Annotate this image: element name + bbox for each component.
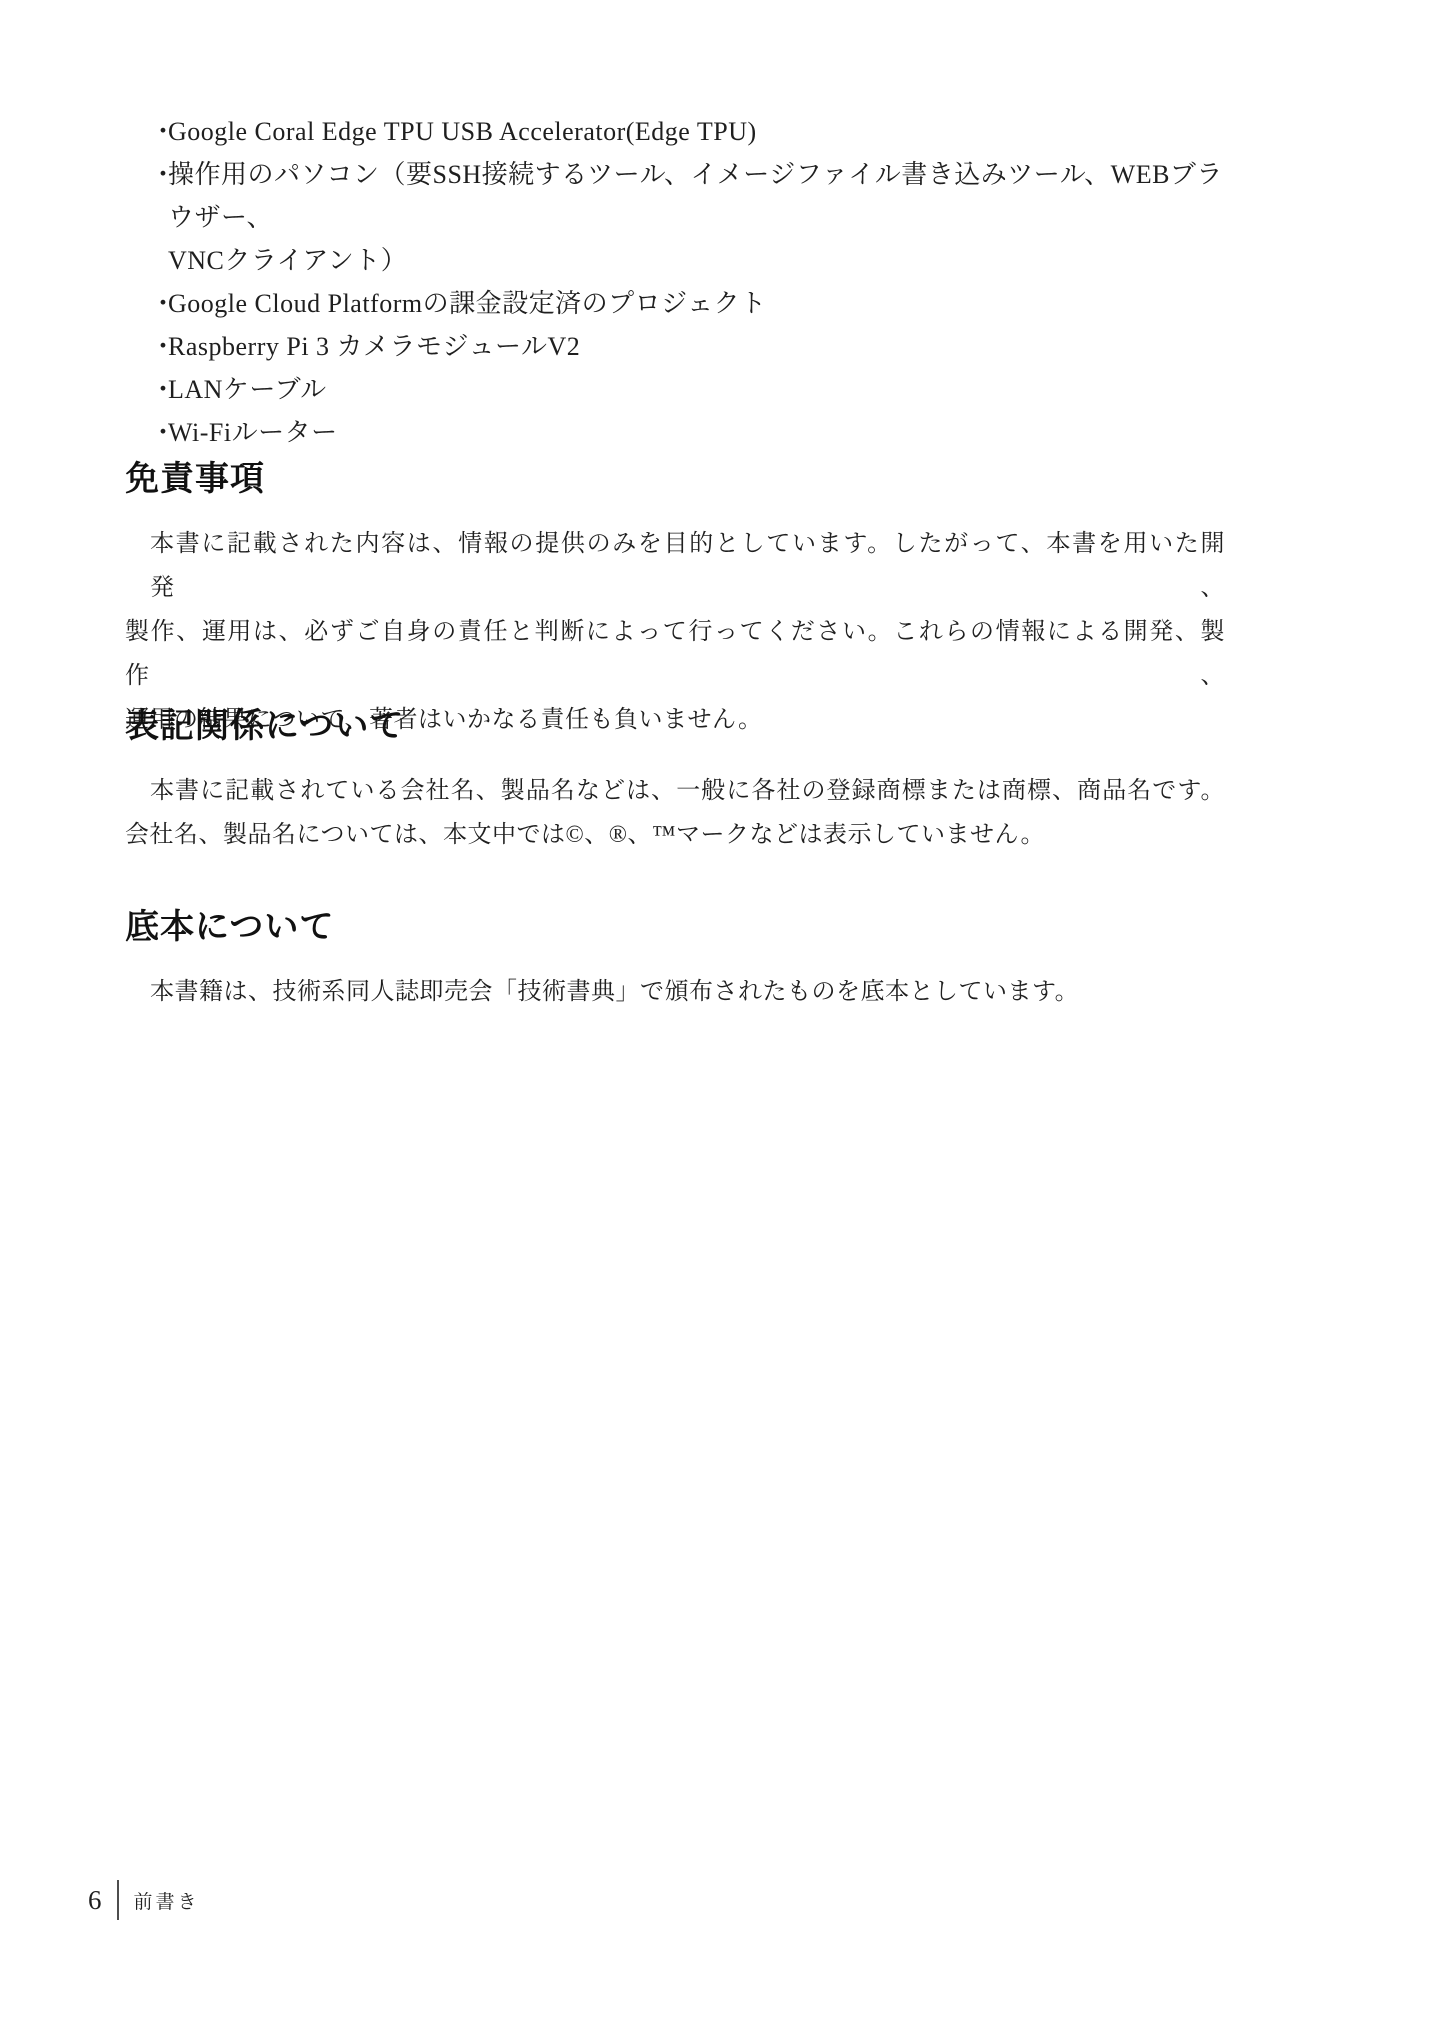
section-heading: 表記関係について <box>125 707 1225 745</box>
paragraph-line: 本書籍は、技術系同人誌即売会「技術書典」で頒布されたものを底本としています。 <box>125 970 1225 1014</box>
bullet-marker: ・ <box>150 153 168 196</box>
requirements-list: ・ Google Coral Edge TPU USB Accelerator(… <box>150 110 1240 454</box>
paragraph-line: 本書に記載された内容は、情報の提供のみを目的としています。したがって、本書を用い… <box>125 522 1225 610</box>
bullet-marker: ・ <box>150 325 168 368</box>
footer-section-title: 前書き <box>134 1887 200 1914</box>
list-item-continuation: VNCクライアント） <box>150 239 1240 282</box>
bullet-marker: ・ <box>150 368 168 411</box>
list-item-text: LANケーブル <box>168 368 327 411</box>
list-item-text: VNCクライアント） <box>168 246 407 275</box>
list-item: ・ 操作用のパソコン（要SSH接続するツール、イメージファイル書き込みツール、W… <box>150 153 1240 239</box>
list-item-text: 操作用のパソコン（要SSH接続するツール、イメージファイル書き込みツール、WEB… <box>168 153 1240 239</box>
page-number: 6 <box>88 1880 102 1920</box>
list-item: ・ Raspberry Pi 3 カメラモジュールV2 <box>150 325 1240 368</box>
paragraph-line: 製作、運用は、必ずご自身の責任と判断によって行ってください。これらの情報による開… <box>125 610 1225 698</box>
list-item: ・ Wi-Fiルーター <box>150 411 1240 454</box>
section-source-edition: 底本について 本書籍は、技術系同人誌即売会「技術書典」で頒布されたものを底本とし… <box>125 908 1225 1014</box>
list-item-text: Wi-Fiルーター <box>168 411 338 454</box>
section-paragraph: 本書籍は、技術系同人誌即売会「技術書典」で頒布されたものを底本としています。 <box>125 970 1225 1014</box>
section-heading: 底本について <box>125 908 1225 946</box>
document-page: ・ Google Coral Edge TPU USB Accelerator(… <box>0 0 1433 2024</box>
list-item-text: Raspberry Pi 3 カメラモジュールV2 <box>168 325 580 368</box>
paragraph-line: 会社名、製品名については、本文中では©、®、™マークなどは表示していません。 <box>125 813 1225 857</box>
paragraph-line: 本書に記載されている会社名、製品名などは、一般に各社の登録商標または商標、商品名… <box>125 769 1225 813</box>
list-item-text: Google Coral Edge TPU USB Accelerator(Ed… <box>168 110 757 153</box>
list-item: ・ Google Cloud Platformの課金設定済のプロジェクト <box>150 282 1240 325</box>
section-disclaimer: 免責事項 本書に記載された内容は、情報の提供のみを目的としています。したがって、… <box>125 460 1225 742</box>
list-item: ・ Google Coral Edge TPU USB Accelerator(… <box>150 110 1240 153</box>
section-paragraph: 本書に記載されている会社名、製品名などは、一般に各社の登録商標または商標、商品名… <box>125 769 1225 857</box>
footer-divider <box>117 1880 119 1920</box>
bullet-marker: ・ <box>150 411 168 454</box>
bullet-marker: ・ <box>150 282 168 325</box>
section-heading: 免責事項 <box>125 460 1225 498</box>
list-item-text: Google Cloud Platformの課金設定済のプロジェクト <box>168 282 767 325</box>
page-footer: 6 前書き <box>88 1880 200 1920</box>
section-notation: 表記関係について 本書に記載されている会社名、製品名などは、一般に各社の登録商標… <box>125 707 1225 857</box>
bullet-marker: ・ <box>150 110 168 153</box>
list-item: ・ LANケーブル <box>150 368 1240 411</box>
